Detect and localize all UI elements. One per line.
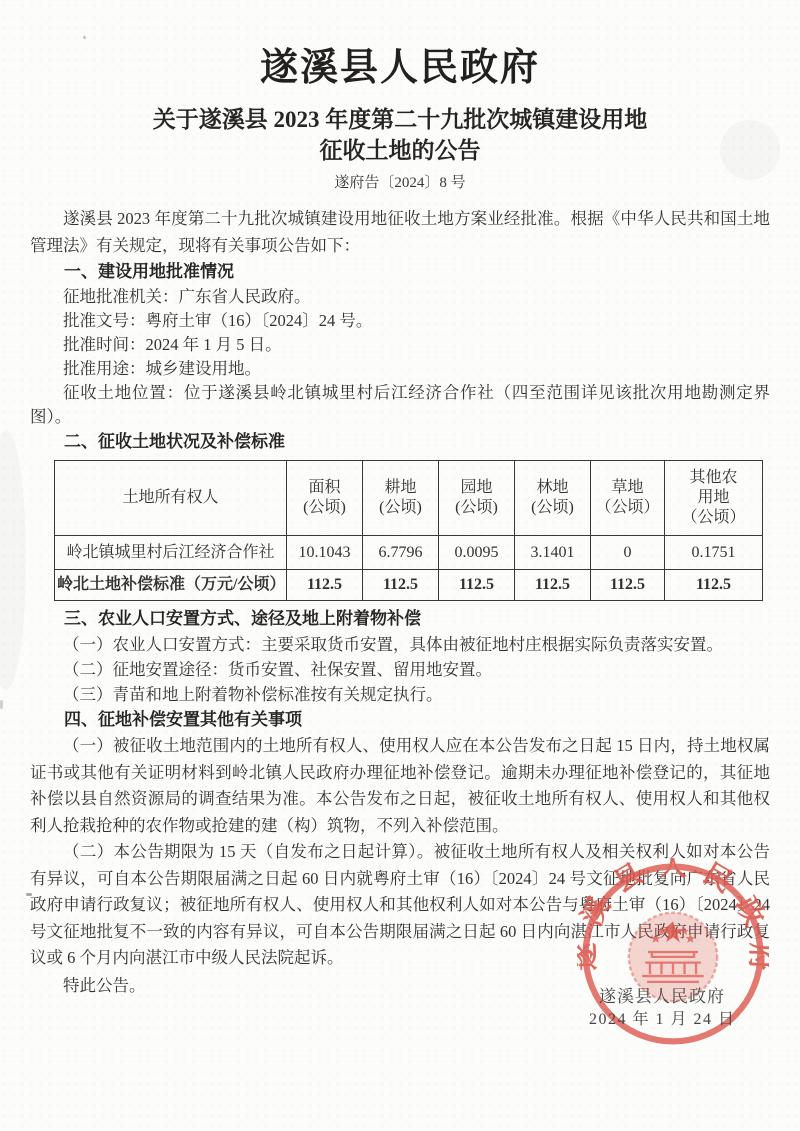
standard-farmland-cell: 112.5 [363, 570, 439, 601]
owner-garden-cell: 0.0095 [439, 536, 515, 570]
signature-issuer: 遂溪县人民政府 [599, 982, 725, 1007]
intro-paragraph: 遂溪县 2023 年度第二十九批次城镇建设用地征收土地方案业经批准。根据《中华人… [30, 205, 770, 259]
registration-paragraph: （一）被征收土地范围内的土地所有权人、使用权人应在本公告发布之日起 15 日内，… [30, 733, 770, 839]
compensation-table: 土地所有权人 面积 (公顷) 耕地 (公顷) 园地 (公顷) 林地 (公顷) 草… [54, 460, 763, 601]
table-header-row: 土地所有权人 面积 (公顷) 耕地 (公顷) 园地 (公顷) 林地 (公顷) 草… [55, 461, 763, 536]
resettlement-method: （一）农业人口安置方式：主要采取货币安置，具体由被征地村庄根据实际负责落实安置。 [30, 632, 770, 657]
table-row-owner: 岭北镇城里村后江经济合作社 10.1043 6.7796 0.0095 3.14… [55, 536, 763, 570]
section2-heading: 二、征收土地状况及补偿标准 [30, 429, 770, 455]
scan-smudge [0, 430, 26, 690]
approval-authority: 征地批准机关：广东省人民政府。 [30, 285, 770, 309]
col-header-forest: 林地 (公顷) [515, 461, 591, 536]
standard-label-cell: 岭北土地补偿标准（万元/公顷） [55, 570, 287, 601]
approval-doc-number: 批准文号：粤府土审（16）〔2024〕24 号。 [30, 309, 770, 333]
section4-heading: 四、征地补偿安置其他有关事项 [30, 707, 770, 733]
objection-paragraph: （二）本公告期限为 15 天（自发布之日起计算）。被征收土地所有权人及相关权利人… [30, 839, 770, 972]
owner-other-cell: 0.1751 [665, 536, 763, 570]
owner-farmland-cell: 6.7796 [363, 536, 439, 570]
crops-compensation: （三）青苗和地上附着物补偿标准按有关规定执行。 [30, 682, 770, 707]
standard-forest-cell: 112.5 [515, 570, 591, 601]
col-header-other: 其他农 用地 （公顷） [665, 461, 763, 536]
owner-name-cell: 岭北镇城里村后江经济合作社 [55, 536, 287, 570]
standard-area-cell: 112.5 [287, 570, 363, 601]
section1-heading: 一、建设用地批准情况 [30, 259, 770, 285]
section3-heading: 三、农业人口安置方式、途径及地上附着物补偿 [30, 606, 770, 632]
col-header-owner: 土地所有权人 [55, 461, 287, 536]
resettlement-channels: （二）征地安置途径：货币安置、社保安置、留用地安置。 [30, 657, 770, 682]
doc-number: 遂府告〔2024〕8 号 [30, 173, 770, 193]
scan-speck [26, 893, 32, 896]
land-location: 征收土地位置：位于遂溪县岭北镇城里村后江经济合作社（四至范围详见该批次用地勘测定… [30, 381, 770, 429]
table-row-standard: 岭北土地补偿标准（万元/公顷） 112.5 112.5 112.5 112.5 … [55, 570, 763, 601]
approval-date: 批准时间：2024 年 1 月 5 日。 [30, 333, 770, 357]
owner-area-cell: 10.1043 [287, 536, 363, 570]
standard-other-cell: 112.5 [665, 570, 763, 601]
signature-date: 2024 年 1 月 24 日 [589, 1006, 736, 1029]
announcement-title-line2: 征收土地的公告 [320, 138, 481, 163]
document-page: 遂溪县人民政府 关于遂溪县 2023 年度第二十九批次城镇建设用地征收土地的公告… [0, 0, 800, 1131]
standard-grass-cell: 112.5 [591, 570, 665, 601]
approval-purpose: 批准用途：城乡建设用地。 [30, 357, 770, 381]
scan-speck [0, 700, 3, 709]
owner-forest-cell: 3.1401 [515, 536, 591, 570]
owner-grass-cell: 0 [591, 536, 665, 570]
col-header-area: 面积 (公顷) [287, 461, 363, 536]
announcement-title: 关于遂溪县 2023 年度第二十九批次城镇建设用地征收土地的公告 [30, 104, 770, 166]
col-header-farmland: 耕地 (公顷) [363, 461, 439, 536]
col-header-garden: 园地 (公顷) [439, 461, 515, 536]
standard-garden-cell: 112.5 [439, 570, 515, 601]
issuer-title: 遂溪县人民政府 [30, 45, 770, 91]
scan-smudge [720, 120, 780, 180]
col-header-grass: 草地 （公顷） [591, 461, 665, 536]
scan-speck [83, 36, 86, 39]
announcement-title-line1: 关于遂溪县 2023 年度第二十九批次城镇建设用地 [153, 107, 648, 132]
